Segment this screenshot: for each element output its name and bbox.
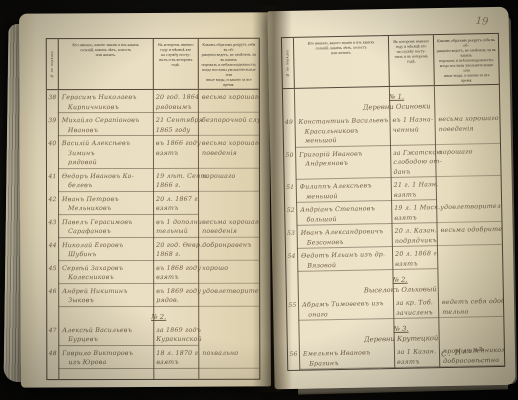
row-number: 46 <box>47 287 58 307</box>
row-number: 43 <box>47 218 58 238</box>
remark-entry <box>436 179 501 200</box>
row-number: 48 <box>47 349 58 369</box>
remark-entry: хорошаго <box>198 171 259 191</box>
col-header-when: Въ которомъ именно году и мѣсяцѣ кто на … <box>153 39 198 89</box>
name-entry: Андрей НикитинъЗыковъ <box>58 286 153 306</box>
row-number: 45 <box>47 264 58 284</box>
service-entry: 20 л. Казан.подрядчикъ <box>392 226 437 247</box>
row-number: 54 <box>286 252 297 272</box>
remark-entry <box>198 194 259 214</box>
service-entry: 20 год. 1864рядовымъ <box>153 93 198 113</box>
service-entry: за Гжатскоюслободою от-данъ <box>390 148 436 178</box>
row-number: 41 <box>47 172 58 192</box>
register-row: 55Абрамъ Тимоѳеевъ изъонагоза кр. Тоб.за… <box>287 297 503 321</box>
name-entry: Герасимъ НиколаевъКирпичниковъ <box>58 93 153 113</box>
name-entry: Ѳедоръ Ивановъ Ко-белевъ <box>58 171 153 191</box>
left-register-table: № по порядку Кто именно, какого званія и… <box>46 38 261 380</box>
remark-entry: хорошаго <box>435 146 501 177</box>
service-entry: въ 1 Назна-ченный <box>389 115 435 145</box>
row-number: 55 <box>287 301 298 321</box>
row-number: 40 <box>47 139 58 169</box>
name-entry: Гаврило Викторовъизъ Юрова <box>58 348 153 368</box>
left-page: № по порядку Кто именно, какого званія и… <box>19 12 271 387</box>
name-entry: Николай ЕгоровъШубинъ <box>58 240 153 260</box>
remark-entry: весьма хорошаго пов. <box>198 93 259 113</box>
col-header-conduct: Какимъ образомъ рекрутъ себя въ об- раще… <box>198 39 259 89</box>
section-heading: № 3.Деревни Крутецкой <box>287 320 503 348</box>
service-entry: 19 лѣт. Сент.1866 г. <box>153 171 198 191</box>
name-entry: Иванъ ПетровъМельниковъ <box>58 194 153 214</box>
name-entry: Василій АлексѣевъЗиминърядовой <box>58 139 153 169</box>
service-entry: 21 Сентября1865 году <box>153 116 198 136</box>
remark-entry: удовлетворительно <box>198 286 259 306</box>
service-entry: въ 1 дополни-тельный <box>153 217 198 237</box>
remark-entry: хорошо <box>198 263 259 283</box>
row-number: 44 <box>47 241 58 261</box>
col-header-conduct: Какимъ образомъ рекрутъ себя въ об- раще… <box>433 34 499 85</box>
row-number: 52 <box>285 206 296 226</box>
name-entry: Григорій ИвановъАндреяновъ <box>295 149 391 180</box>
service-entry: за 1 Казан.взятъ <box>394 347 439 368</box>
row-number: 38 <box>47 93 58 113</box>
name-entry: Алексѣй ВасильевъБурцевъ <box>58 325 153 345</box>
service-entry: 18 л. 1870 г.взятъ <box>153 348 198 368</box>
remark-entry: похвально <box>198 348 259 368</box>
remark-entry: весьма хорошагоповеденія <box>198 139 259 169</box>
name-entry: Константинъ ВасильевъКрасильниковъменьшо… <box>294 116 390 147</box>
section-heading: № 1.Деревни Осиновки <box>283 88 499 116</box>
row-number: 49 <box>283 118 295 148</box>
remark-entry <box>437 248 502 269</box>
remark-entry: добронравенъ <box>198 240 259 260</box>
col-header-who: Кто именно, какого званія и изъ какихъ с… <box>293 36 389 88</box>
service-entry: 21 г. 1 Назн.взятъ <box>391 180 436 201</box>
row-number: 42 <box>47 195 58 215</box>
register-row: 52Андріанъ Степановъбольшой19 л. 1 Моск.… <box>285 202 501 226</box>
left-table-header: № по порядку Кто именно, какого званія и… <box>47 39 259 90</box>
name-entry: Иванъ АлександровичъБезсоновъ <box>297 227 392 249</box>
service-entry: за кр. Тоб.зачисленъ <box>393 298 438 319</box>
section-heading: № 2.Выселокъ Ольховый <box>286 271 502 299</box>
col-header-order-number: № по порядку <box>47 39 58 89</box>
remark-entry <box>198 325 259 345</box>
name-entry: Ѳедотъ Ильинъ изъ др.Вязовой <box>297 250 392 272</box>
name-entry: Емельянъ ИвановъБрагинъ <box>299 348 394 370</box>
right-table-header: № по порядку Кто именно, какого званія и… <box>282 34 499 89</box>
service-entry: въ 1866 годувзятъ <box>153 139 198 169</box>
service-entry: въ 1869 годурядов. <box>153 286 198 306</box>
register-row: 50Григорій ИвановъАндреяновъза Гжатскоюс… <box>284 146 501 180</box>
register-row: 51Филиппъ Алексѣевъменьшой21 г. 1 Назн.в… <box>285 179 501 203</box>
register-row: 49Константинъ ВасильевъКрасильниковъмень… <box>283 114 500 148</box>
service-entry: 20 л. 1867 г.взятъ <box>153 194 198 214</box>
register-row: 54Ѳедотъ Ильинъ изъ др.Вязовой20 л. 1868… <box>286 248 502 272</box>
remark-entry: ведетъ себя одобр.тельно <box>438 297 503 318</box>
remark-entry: безпорочной службы <box>198 116 259 136</box>
remark-entry: весьма одобрительно <box>437 225 502 246</box>
row-number: 50 <box>284 150 296 180</box>
col-header-who: Кто именно, какого званія и изъ какихъ с… <box>58 39 153 89</box>
row-number: 39 <box>47 116 58 136</box>
row-number: 56 <box>288 350 299 370</box>
row-number: 47 <box>47 326 58 346</box>
register-row: 53Иванъ АлександровичъБезсоновъ20 л. Каз… <box>286 225 502 249</box>
service-entry: 20 л. 1868 г.взятъ <box>392 249 437 270</box>
name-entry: Филиппъ Алексѣевъменьшой <box>296 181 391 203</box>
col-header-order-number: № по порядку <box>282 38 294 88</box>
name-entry: Андріанъ Степановъбольшой <box>296 204 391 226</box>
row-number: 53 <box>286 229 297 249</box>
right_page-rows: № 1.Деревни Осиновки49Константинъ Василь… <box>283 85 504 370</box>
left_page-rows: 38Герасимъ НиколаевъКирпичниковъ20 год. … <box>47 90 260 379</box>
book-photo: № по порядку Кто именно, какого званія и… <box>0 0 518 400</box>
remark-entry: весьма хорошагоповеденія <box>434 114 500 145</box>
col-header-when: Въ которомъ именно году и мѣсяцѣ кто на … <box>388 35 434 86</box>
name-entry: Сергѣй ЗахаровъКолесниковъ <box>58 263 153 283</box>
service-entry: въ 1868 годувзятъ <box>153 263 198 283</box>
remark-entry: удовлетворительно <box>436 202 501 223</box>
name-entry: Павелъ ГерасимовъСарафановъ <box>58 217 153 237</box>
right-page: 19 № по порядку Кто именно, какого звані… <box>267 7 515 390</box>
page-number: 19 <box>475 16 489 28</box>
row-number: 51 <box>285 183 296 203</box>
service-entry: за 1869 годъКуракинской <box>153 325 198 345</box>
name-entry: Михайло СерапіоновъИвановъ <box>58 116 153 136</box>
remark-entry: весьма хорошагоповеденія <box>198 217 259 237</box>
service-entry: 19 л. 1 Моск.взятъ <box>391 203 436 224</box>
name-entry: Абрамъ Тимоѳеевъ изъонаго <box>298 299 393 321</box>
right-register-table: № по порядку Кто именно, какого званія и… <box>281 33 505 371</box>
service-entry: 20 год. Ѳевр.1868 г. <box>153 240 198 260</box>
